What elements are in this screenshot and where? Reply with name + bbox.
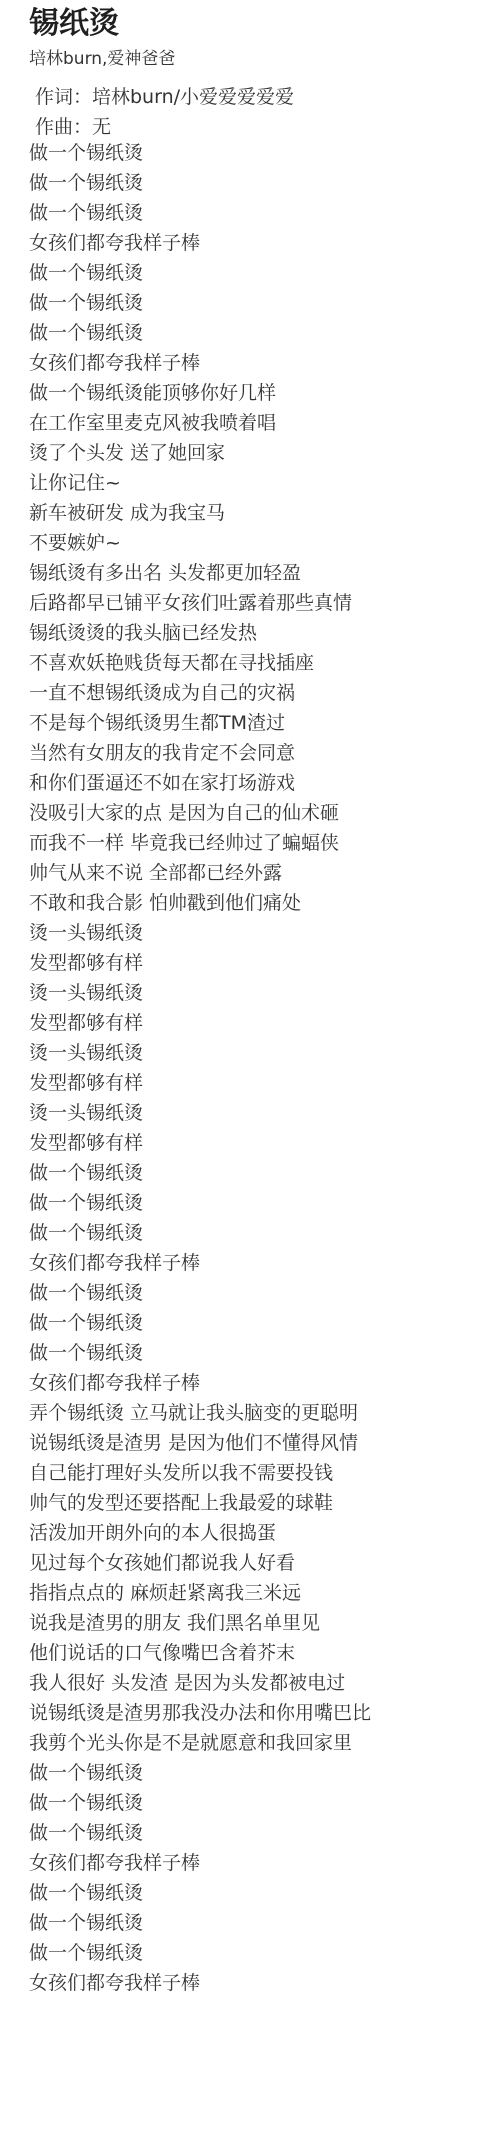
lyric-line: 后路都早已铺平女孩们吐露着那些真情 <box>29 588 480 618</box>
lyric-line: 帅气从来不说 全部都已经外露 <box>29 858 480 888</box>
lyric-line: 说锡纸烫是渣男那我没办法和你用嘴巴比 <box>29 1698 480 1728</box>
lyric-line: 烫一头锡纸烫 <box>29 918 480 948</box>
lyric-line: 没吸引大家的点 是因为自己的仙术砸 <box>29 798 480 828</box>
lyric-line: 女孩们都夸我样子棒 <box>29 1848 480 1878</box>
lyric-line: 做一个锡纸烫 <box>29 138 480 168</box>
lyric-line: 说我是渣男的朋友 我们黑名单里见 <box>29 1608 480 1638</box>
lyric-line: 烫一头锡纸烫 <box>29 1098 480 1128</box>
lyric-line: 做一个锡纸烫 <box>29 1158 480 1188</box>
lyric-line: 做一个锡纸烫 <box>29 288 480 318</box>
lyric-line: 做一个锡纸烫 <box>29 1338 480 1368</box>
lyric-line: 发型都够有样 <box>29 1068 480 1098</box>
lyric-line: 我人很好 头发渣 是因为头发都被电过 <box>29 1668 480 1698</box>
lyric-line: 做一个锡纸烫 <box>29 1278 480 1308</box>
lyric-line: 烫了个头发 送了她回家 <box>29 438 480 468</box>
lyric-line: 做一个锡纸烫 <box>29 1188 480 1218</box>
lyric-line: 和你们蛋逼还不如在家打场游戏 <box>29 768 480 798</box>
lyrics-body: 做一个锡纸烫做一个锡纸烫做一个锡纸烫女孩们都夸我样子棒做一个锡纸烫做一个锡纸烫做… <box>29 138 480 1998</box>
lyric-line: 女孩们都夸我样子棒 <box>29 1368 480 1398</box>
song-artists: 培林burn,爱神爸爸 <box>29 48 480 70</box>
lyric-line: 见过每个女孩她们都说我人好看 <box>29 1548 480 1578</box>
lyric-line: 锡纸烫烫的我头脑已经发热 <box>29 618 480 648</box>
lyric-line: 做一个锡纸烫 <box>29 258 480 288</box>
lyric-line: 烫一头锡纸烫 <box>29 978 480 1008</box>
lyric-line: 做一个锡纸烫能顶够你好几样 <box>29 378 480 408</box>
lyric-line: 发型都够有样 <box>29 1128 480 1158</box>
lyric-line: 在工作室里麦克风被我喷着唱 <box>29 408 480 438</box>
lyric-line: 当然有女朋友的我肯定不会同意 <box>29 738 480 768</box>
lyric-line: 做一个锡纸烫 <box>29 1938 480 1968</box>
lyric-line: 烫一头锡纸烫 <box>29 1038 480 1068</box>
lyric-line: 活泼加开朗外向的本人很捣蛋 <box>29 1518 480 1548</box>
lyrics-page: 锡纸烫 培林burn,爱神爸爸 作词：培林burn/小爱爱爱爱爱 作曲：无 做一… <box>0 0 500 1998</box>
lyric-line: 做一个锡纸烫 <box>29 1818 480 1848</box>
lyric-line: 女孩们都夸我样子棒 <box>29 348 480 378</box>
lyric-line: 帅气的发型还要搭配上我最爱的球鞋 <box>29 1488 480 1518</box>
lyric-line: 发型都够有样 <box>29 1008 480 1038</box>
lyric-line: 做一个锡纸烫 <box>29 1788 480 1818</box>
lyric-line: 女孩们都夸我样子棒 <box>29 1248 480 1278</box>
lyric-line: 弄个锡纸烫 立马就让我头脑变的更聪明 <box>29 1398 480 1428</box>
lyric-line: 自己能打理好头发所以我不需要投钱 <box>29 1458 480 1488</box>
lyric-line: 锡纸烫有多出名 头发都更加轻盈 <box>29 558 480 588</box>
lyric-line: 做一个锡纸烫 <box>29 168 480 198</box>
lyric-line: 做一个锡纸烫 <box>29 1218 480 1248</box>
lyric-line: 做一个锡纸烫 <box>29 1758 480 1788</box>
lyricist-line: 作词：培林burn/小爱爱爱爱爱 <box>29 82 480 112</box>
lyric-line: 不要嫉妒~ <box>29 528 480 558</box>
lyric-line: 说锡纸烫是渣男 是因为他们不懂得风情 <box>29 1428 480 1458</box>
lyric-line: 不是每个锡纸烫男生都TM渣过 <box>29 708 480 738</box>
lyric-line: 他们说话的口气像嘴巴含着芥末 <box>29 1638 480 1668</box>
lyric-line: 不喜欢妖艳贱货每天都在寻找插座 <box>29 648 480 678</box>
lyric-line: 做一个锡纸烫 <box>29 318 480 348</box>
lyric-line: 而我不一样 毕竟我已经帅过了蝙蝠侠 <box>29 828 480 858</box>
lyric-line: 不敢和我合影 怕帅戳到他们痛处 <box>29 888 480 918</box>
lyric-line: 女孩们都夸我样子棒 <box>29 228 480 258</box>
lyric-line: 做一个锡纸烫 <box>29 1308 480 1338</box>
lyric-line: 让你记住~ <box>29 468 480 498</box>
lyric-line: 做一个锡纸烫 <box>29 1908 480 1938</box>
lyric-line: 新车被研发 成为我宝马 <box>29 498 480 528</box>
lyric-line: 一直不想锡纸烫成为自己的灾祸 <box>29 678 480 708</box>
lyric-line: 我剪个光头你是不是就愿意和我回家里 <box>29 1728 480 1758</box>
lyric-line: 做一个锡纸烫 <box>29 1878 480 1908</box>
lyric-line: 发型都够有样 <box>29 948 480 978</box>
song-title: 锡纸烫 <box>29 6 480 42</box>
lyric-line: 女孩们都夸我样子棒 <box>29 1968 480 1998</box>
lyric-line: 指指点点的 麻烦赶紧离我三米远 <box>29 1578 480 1608</box>
lyric-line: 做一个锡纸烫 <box>29 198 480 228</box>
